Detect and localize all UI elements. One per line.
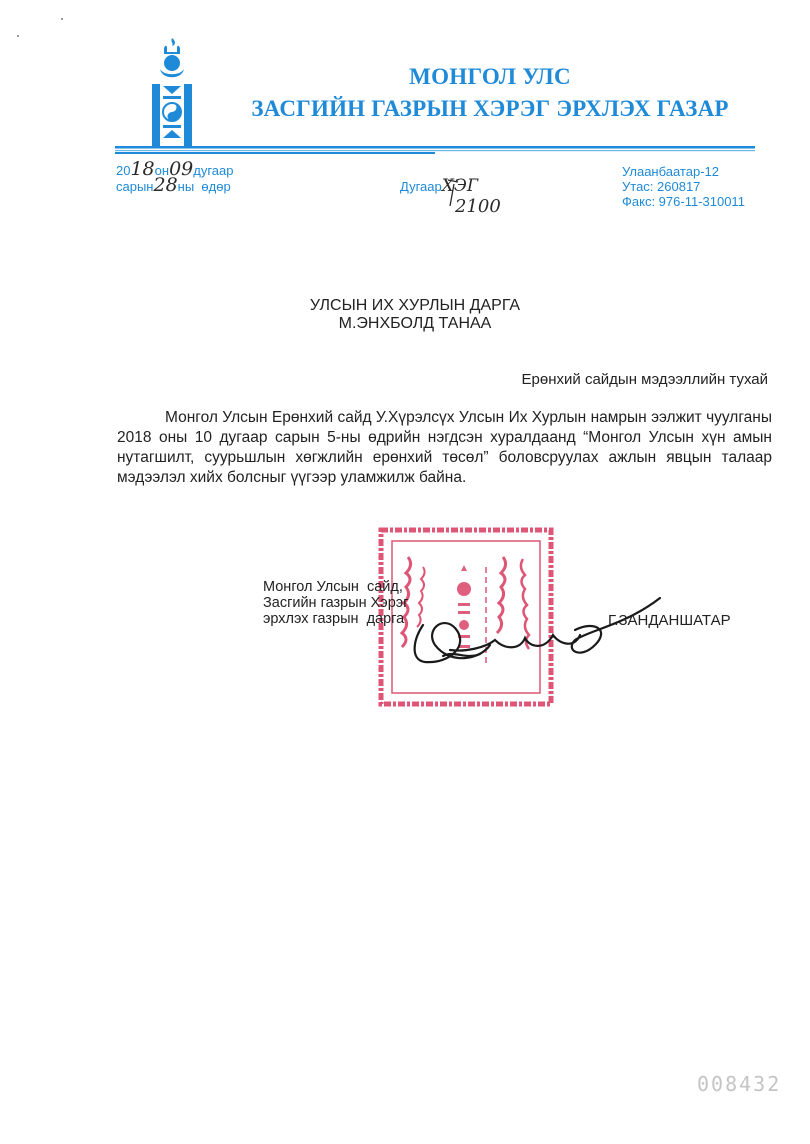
- contact-fax: Факс: 976-11-310011: [622, 194, 745, 209]
- signatory-name: Г.ЗАНДАНШАТАР: [608, 612, 731, 629]
- header-divider: [115, 146, 755, 156]
- scan-speck: [61, 18, 63, 20]
- day-handwritten: 28: [153, 174, 177, 196]
- org-title-line2: ЗАСГИЙН ГАЗРЫН ХЭРЭГ ЭРХЛЭХ ГАЗАР: [250, 96, 730, 122]
- day-label: ны өдөр: [178, 179, 231, 194]
- mongolia-soyombo-emblem-icon: [150, 36, 194, 148]
- signatory-title-line1: Монгол Улсын сайд,: [263, 579, 408, 595]
- year-prefix: 20: [116, 163, 130, 178]
- reference-number-handwritten: 2100: [455, 196, 501, 217]
- contact-phone: Утас: 260817: [622, 179, 745, 194]
- reference-number: ДугаарХЭГ: [400, 176, 478, 196]
- reference-label: Дугаар: [400, 179, 442, 194]
- year-handwritten: 18: [130, 158, 154, 180]
- signatory-title-line2: Засгийн газрын Хэрэг: [263, 595, 408, 611]
- signatory-title-line3: эрхлэх газрын дарга: [263, 611, 408, 627]
- date-line2: сарын28ны өдөр: [116, 178, 234, 194]
- letter-body: Монгол Улсын Ерөнхий сайд У.Хүрэлсүх Улс…: [117, 408, 772, 488]
- month-noun-label: сарын: [116, 179, 153, 194]
- contact-block: Улаанбаатар-12 Утас: 260817 Факс: 976-11…: [622, 164, 745, 209]
- handwritten-signature: [395, 590, 665, 680]
- org-title-line1: МОНГОЛ УЛС: [250, 64, 730, 90]
- document-page-id: 008432: [697, 1072, 781, 1096]
- scan-speck: [17, 35, 19, 37]
- date-block: 2018он09дугаар сарын28ны өдөр: [116, 162, 234, 194]
- contact-address: Улаанбаатар-12: [622, 164, 745, 179]
- letter-subject: Ерөнхий сайдын мэдээллийн тухай: [522, 371, 768, 388]
- signatory-title: Монгол Улсын сайд, Засгийн газрын Хэрэг …: [263, 579, 408, 627]
- addressee: УЛСЫН ИХ ХУРЛЫН ДАРГА М.ЭНХБОЛД ТАНАА: [200, 297, 630, 333]
- addressee-title: УЛСЫН ИХ ХУРЛЫН ДАРГА: [200, 297, 630, 315]
- month-label: дугаар: [193, 163, 233, 178]
- addressee-name: М.ЭНХБОЛД ТАНАА: [200, 315, 630, 333]
